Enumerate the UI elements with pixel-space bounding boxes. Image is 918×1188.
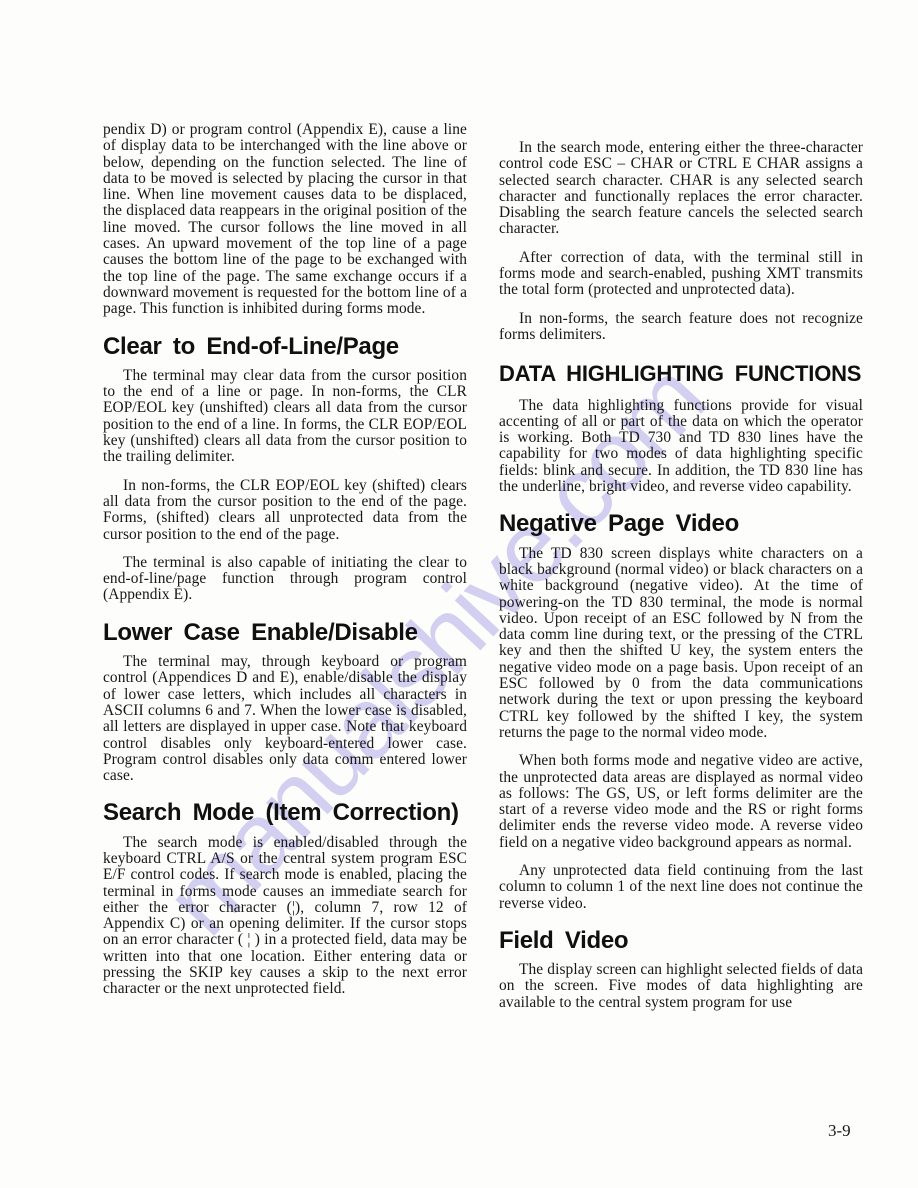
section-heading: Clear to End-of-Line/Page	[103, 339, 467, 355]
paragraph: The display screen can highlight selecte…	[499, 962, 863, 1011]
paragraph: The terminal is also capable of initiati…	[103, 555, 467, 604]
paragraph: The search mode is enabled/disabled thro…	[103, 835, 467, 998]
page-number: 3-9	[828, 1121, 851, 1141]
paragraph: The terminal may, through keyboard or pr…	[103, 654, 467, 784]
paragraph: In non-forms, the search feature does no…	[499, 311, 863, 344]
paragraph: After correction of data, with the termi…	[499, 250, 863, 299]
paragraph: pendix D) or program control (Appendix E…	[103, 122, 467, 318]
section-heading: Lower Case Enable/Disable	[103, 625, 467, 641]
paragraph: The terminal may clear data from the cur…	[103, 368, 467, 466]
section-heading: Negative Page Video	[499, 516, 863, 532]
document-page: manualshive.com pendix D) or program con…	[0, 0, 918, 1188]
paragraph: In the search mode, entering either the …	[499, 140, 863, 238]
section-heading: Field Video	[499, 933, 863, 949]
paragraph: In non-forms, the CLR EOP/EOL key (shift…	[103, 478, 467, 543]
right-column: In the search mode, entering either the …	[499, 128, 863, 1011]
section-heading: Search Mode (Item Correction)	[103, 805, 467, 821]
left-column: pendix D) or program control (Appendix E…	[103, 122, 467, 998]
paragraph: Any unprotected data field continuing fr…	[499, 863, 863, 912]
paragraph: The data highlighting functions provide …	[499, 398, 863, 496]
section-heading: DATA HIGHLIGHTING FUNCTIONS	[499, 366, 863, 382]
paragraph: When both forms mode and negative video …	[499, 753, 863, 851]
paragraph: The TD 830 screen displays white charact…	[499, 546, 863, 742]
